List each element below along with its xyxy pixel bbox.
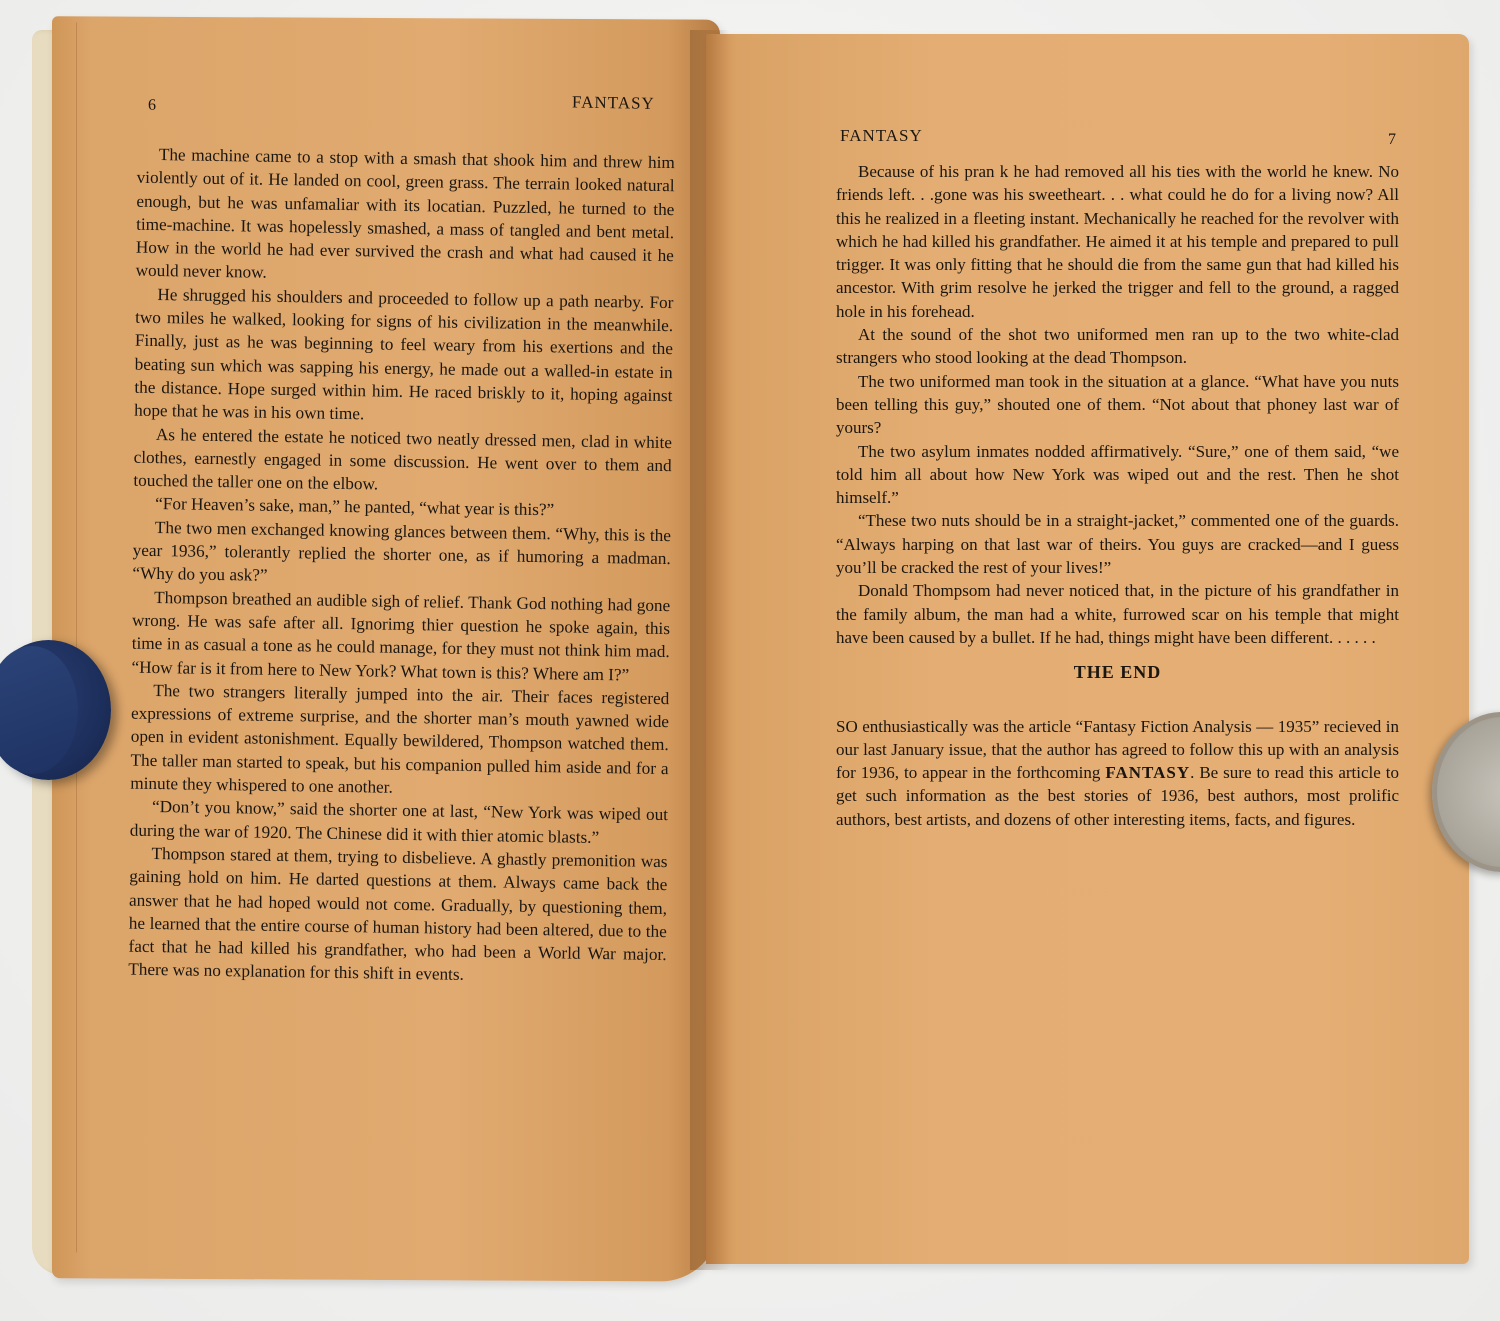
paragraph: Thompson breathed an audible sigh of rel… (131, 585, 670, 687)
paragraph: The two strangers literally jumped into … (130, 678, 669, 803)
paragraph: “These two nuts should be in a straight-… (836, 509, 1399, 579)
paragraph: “Don’t you know,” said the shorter one a… (130, 795, 668, 850)
left-page-body: The machine came to a stop with a smash … (128, 143, 675, 990)
page-number: 7 (1388, 131, 1396, 149)
right-page-body: Because of his pran k he had removed all… (836, 160, 1399, 831)
notice-brand: FANTASY (1105, 763, 1190, 782)
paragraph: As he entered the estate he noticed two … (133, 422, 672, 500)
running-head: FANTASY (840, 126, 923, 146)
page-number: 6 (148, 97, 156, 115)
right-page: FANTASY 7 Because of his pran k he had r… (706, 34, 1469, 1264)
paragraph: Thompson stared at them, trying to disbe… (128, 842, 667, 990)
paragraph: The machine came to a stop with a smash … (136, 143, 675, 291)
paragraph: The two men exchanged knowing glances be… (132, 515, 671, 593)
paragraph: The two asylum inmates nodded affirmativ… (836, 440, 1399, 510)
paragraph: At the sound of the shot two uniformed m… (836, 323, 1399, 370)
left-page: 6 FANTASY The machine came to a stop wit… (52, 16, 720, 1281)
paragraph: Because of his pran k he had removed all… (836, 160, 1399, 323)
story-ending: THE END (836, 661, 1399, 684)
paragraph: The two uniformed man took in the situat… (836, 370, 1399, 440)
paragraph: Donald Thompsom had never noticed that, … (836, 579, 1399, 649)
running-head: FANTASY (572, 92, 655, 114)
editorial-notice: SO enthusiastically was the article “Fan… (836, 715, 1399, 831)
paragraph: He shrugged his shoulders and proceeded … (134, 282, 673, 430)
